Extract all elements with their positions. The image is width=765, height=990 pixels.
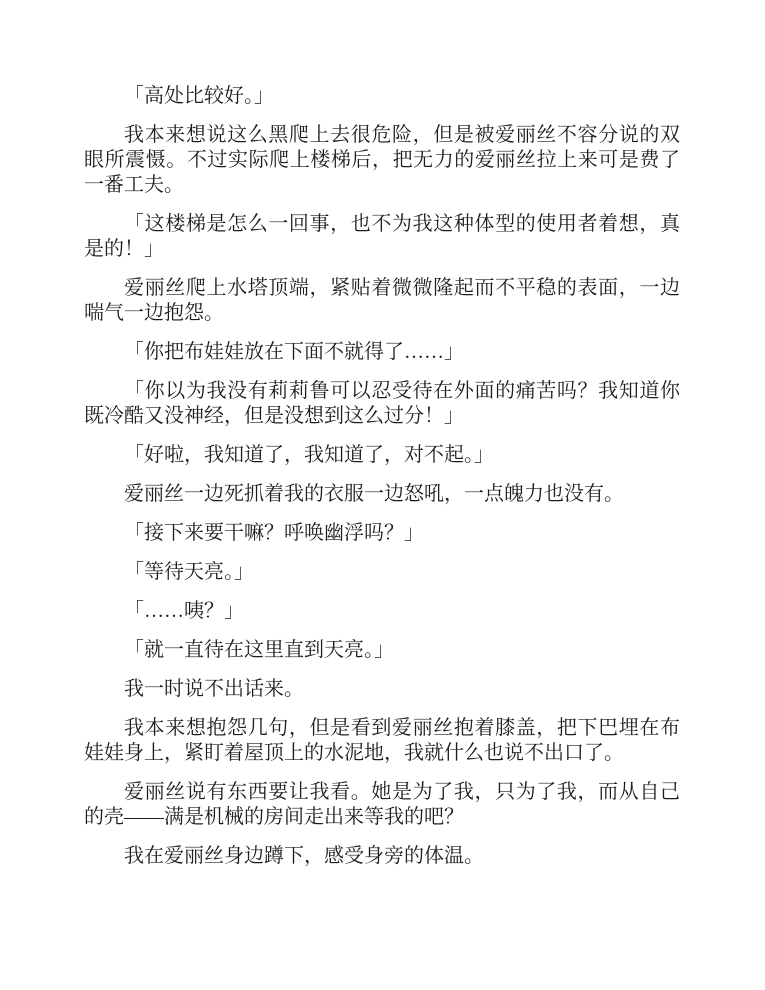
paragraph: 我在爱丽丝身边蹲下，感受身旁的体温。 xyxy=(84,844,680,869)
paragraph: 「这楼梯是怎么一回事，也不为我这种体型的使用者着想，真是的！」 xyxy=(84,212,680,262)
paragraph: 「你把布娃娃放在下面不就得了……」 xyxy=(84,340,680,365)
paragraph: 我一时说不出话来。 xyxy=(84,677,680,702)
paragraph: 「等待天亮。」 xyxy=(84,560,680,585)
text-content: 「高处比较好。」 我本来想说这么黑爬上去很危险，但是被爱丽丝不容分说的双眼所震慑… xyxy=(84,84,680,883)
paragraph: 「好啦，我知道了，我知道了，对不起。」 xyxy=(84,443,680,468)
paragraph: 爱丽丝爬上水塔顶端，紧贴着微微隆起而不平稳的表面，一边喘气一边抱怨。 xyxy=(84,276,680,326)
paragraph: 「你以为我没有莉莉鲁可以忍受待在外面的痛苦吗？我知道你既冷酷又没神经，但是没想到… xyxy=(84,379,680,429)
paragraph: 爱丽丝说有东西要让我看。她是为了我，只为了我，而从自己的壳——满是机械的房间走出… xyxy=(84,780,680,830)
paragraph: 「就一直待在这里直到天亮。」 xyxy=(84,638,680,663)
paragraph: 我本来想抱怨几句，但是看到爱丽丝抱着膝盖，把下巴埋在布娃娃身上，紧盯着屋顶上的水… xyxy=(84,716,680,766)
page: 「高处比较好。」 我本来想说这么黑爬上去很危险，但是被爱丽丝不容分说的双眼所震慑… xyxy=(0,0,765,990)
paragraph: 「高处比较好。」 xyxy=(84,84,680,109)
paragraph: 「……咦？」 xyxy=(84,599,680,624)
paragraph: 我本来想说这么黑爬上去很危险，但是被爱丽丝不容分说的双眼所震慑。不过实际爬上楼梯… xyxy=(84,123,680,198)
paragraph: 爱丽丝一边死抓着我的衣服一边怒吼，一点魄力也没有。 xyxy=(84,482,680,507)
paragraph: 「接下来要干嘛？呼唤幽浮吗？」 xyxy=(84,521,680,546)
